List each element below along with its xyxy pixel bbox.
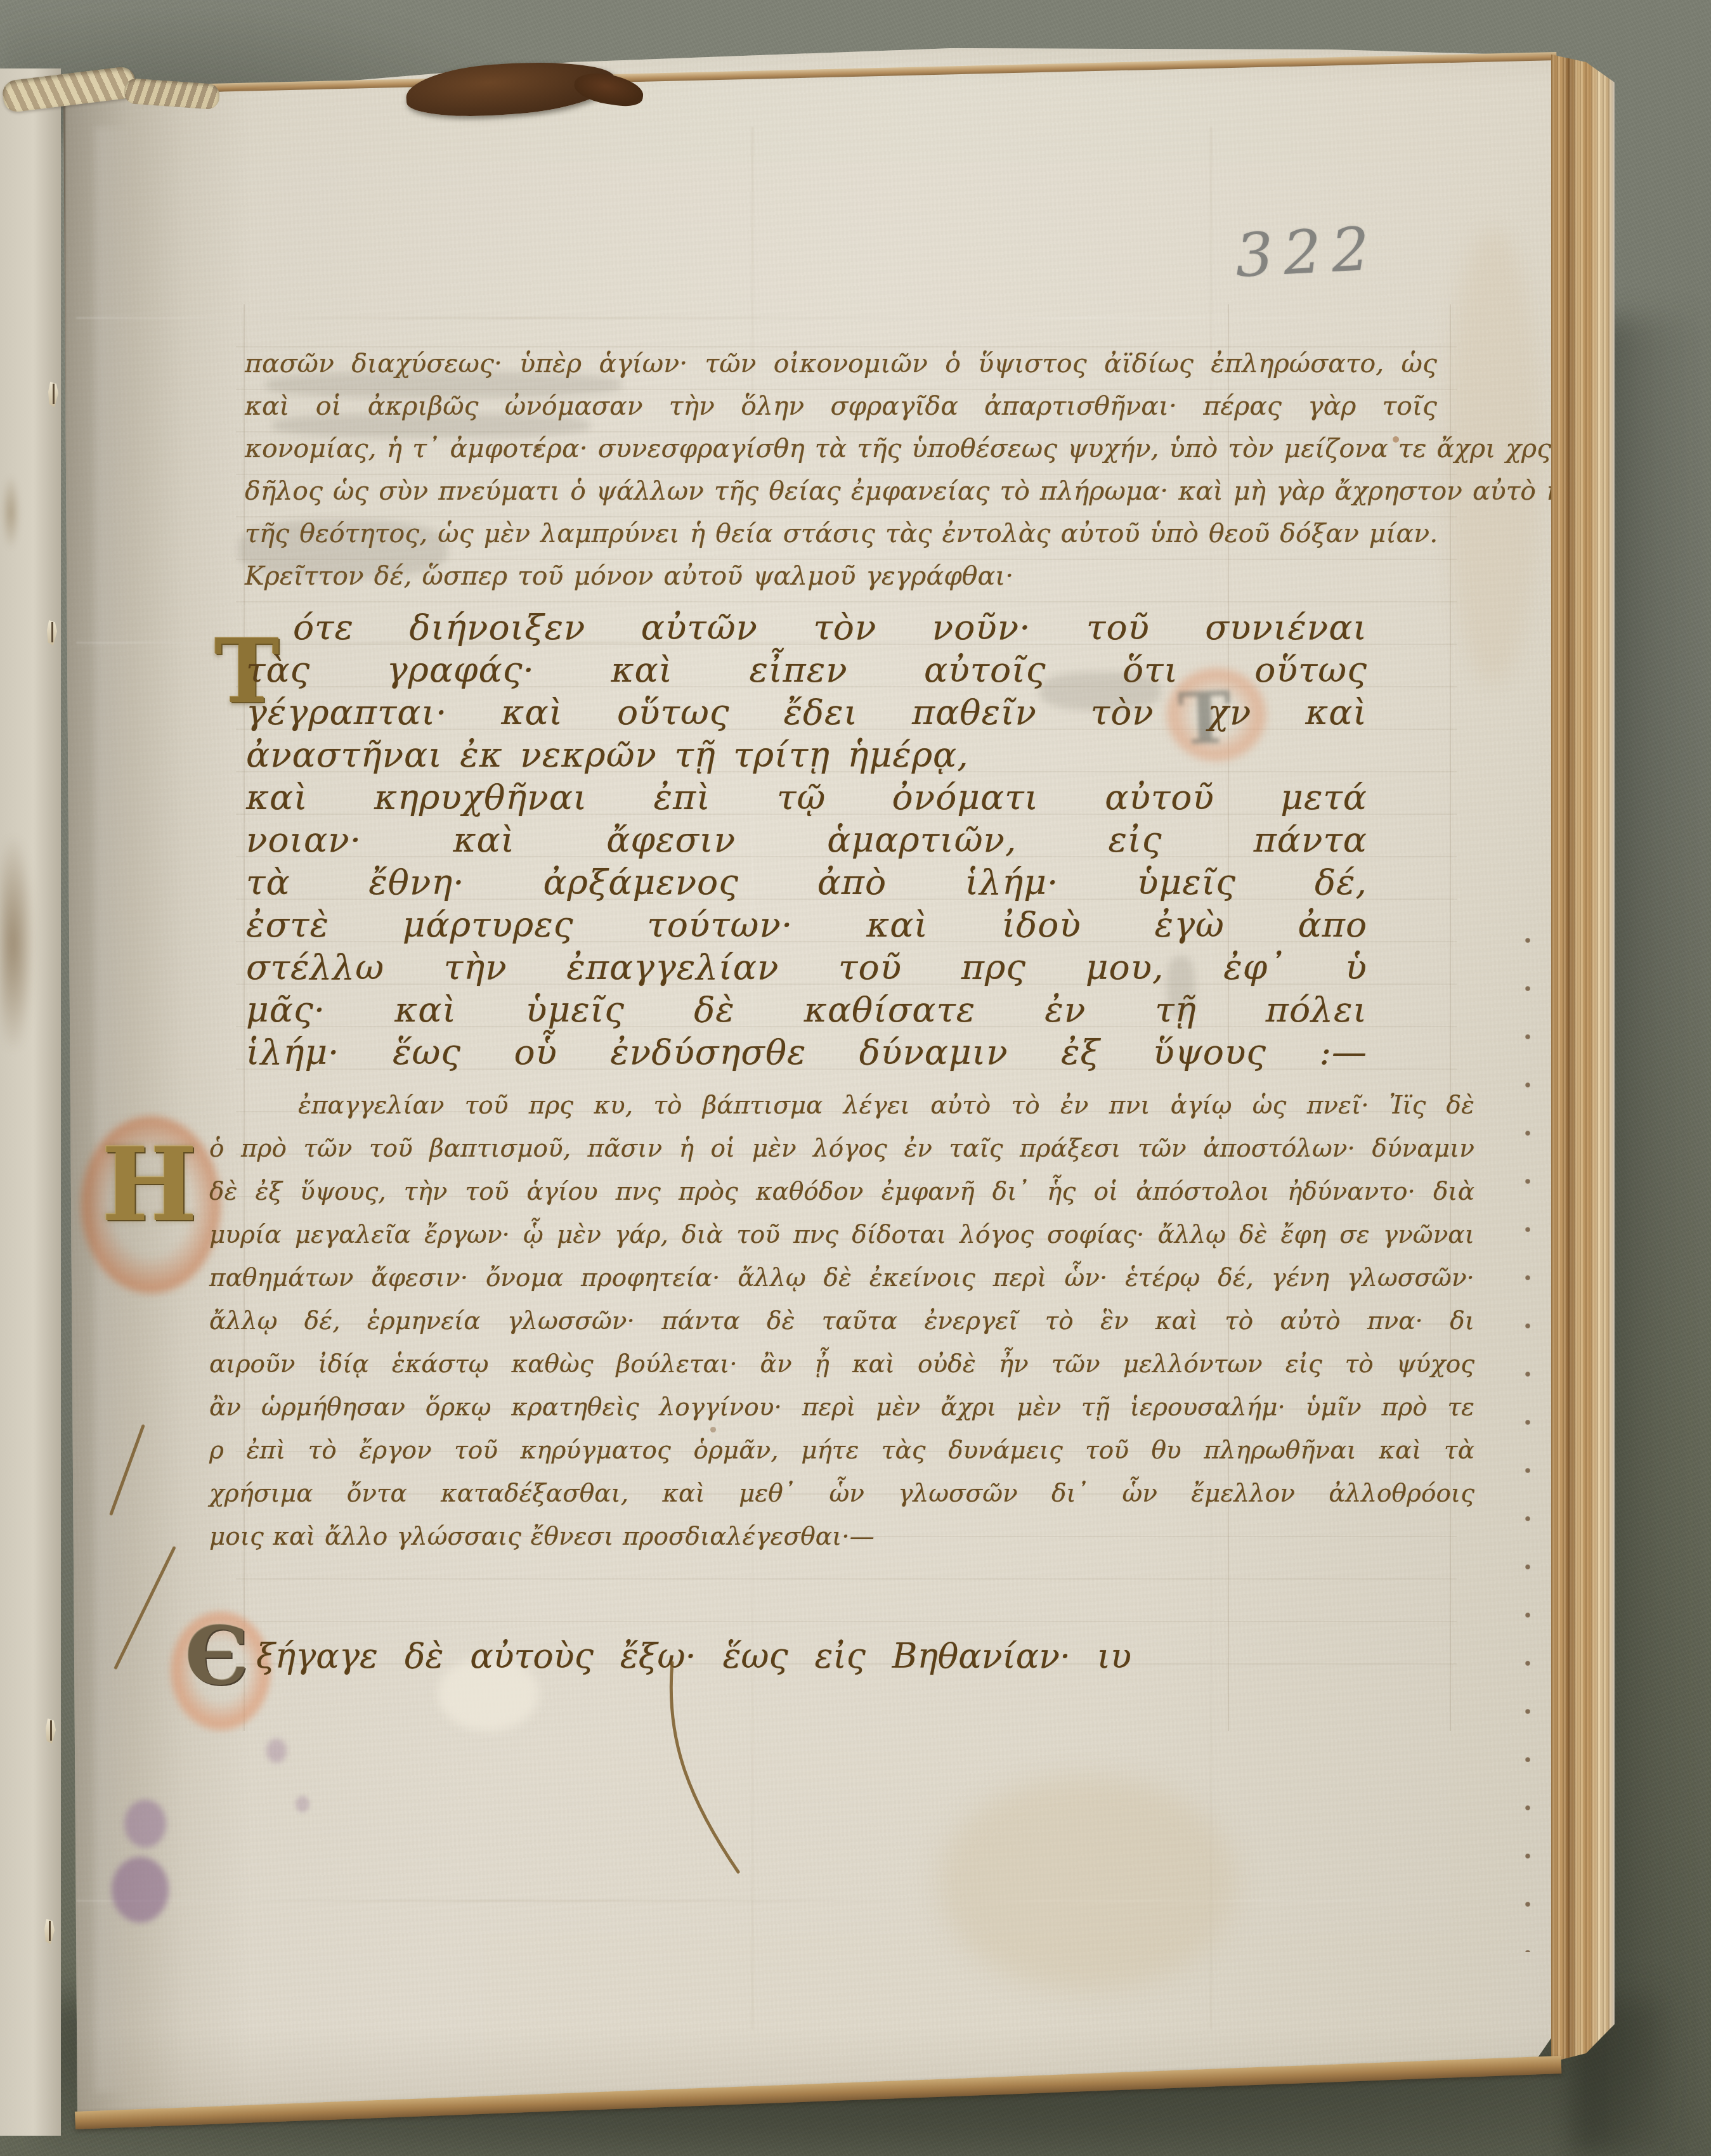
lemma-line: γέγραπται· καὶ οὕτως ἔδει παθεῖν τὸν χν … — [246, 691, 1367, 734]
commentary-line: παθημάτων ἄφεσιν· ὄνομα προφητεία· ἄλλῳ … — [209, 1257, 1474, 1300]
facing-page-edge — [0, 68, 61, 2136]
lemma-line: ἀναστῆναι ἐκ νεκρῶν τῇ τρίτῃ ἡμέρᾳ, — [246, 734, 1367, 776]
bleedthrough-smudge — [0, 839, 33, 1048]
commentary-line: καὶ οἱ ἀκριβῶς ὠνόμασαν τὴν ὅλην σφραγῖδ… — [245, 385, 1437, 427]
bleedthrough-mark — [1, 474, 20, 550]
closing-initial-epsilon: Є — [185, 1616, 249, 1696]
lemma-line: τὰς γραφάς· καὶ εἶπεν αὐτοῖς ὅτι οὕτως — [246, 649, 1367, 691]
commentary-line: χρήσιμα ὄντα καταδέξασθαι, καὶ μεθ᾿ ὧν γ… — [209, 1472, 1474, 1516]
lemma-line: ἱλήμ· ἕως οὗ ἐνδύσησθε δύναμιν ἐξ ὕψους … — [246, 1031, 1367, 1074]
commentary-line: αιροῦν ἰδίᾳ ἑκάστῳ καθὼς βούλεται· ἂν ᾖ … — [209, 1343, 1474, 1386]
commentary-line: ἂν ὡρμήθησαν ὅρκῳ κρατηθεὶς λογγίνου· πε… — [209, 1386, 1474, 1429]
commentary-line: δῆλος ὡς σὺν πνεύματι ὁ ψάλλων τῆς θείας… — [245, 470, 1437, 512]
fore-edge-leaf-lines — [1551, 55, 1615, 2062]
commentary-initial-eta: Η — [101, 1134, 197, 1235]
commentary-line: τῆς θεότητος, ὡς μὲν λαμπρύνει ἡ θεία στ… — [245, 512, 1437, 555]
purple-stain-small — [266, 1739, 287, 1763]
upper-commentary-block: πασῶν διαχύσεως· ὑπὲρ ἁγίων· τῶν οἰκονομ… — [245, 342, 1437, 597]
commentary-line: Κρεῖττον δέ, ὥσπερ τοῦ μόνον αὐτοῦ ψαλμο… — [245, 555, 1437, 597]
commentary-line: ρ ἐπὶ τὸ ἔργον τοῦ κηρύγματος ὁρμᾶν, μήτ… — [209, 1429, 1474, 1472]
lemma-line: μᾶς· καὶ ὑμεῖς δὲ καθίσατε ἐν τῇ πόλει — [246, 989, 1367, 1031]
folio-number: 322 — [1233, 214, 1381, 291]
lemma-line: νοιαν· καὶ ἄφεσιν ἁμαρτιῶν, εἰς πάντα — [246, 819, 1367, 861]
purple-stain — [124, 1800, 166, 1848]
commentary-line: ἄλλῳ δέ, ἑρμηνεία γλωσσῶν· πάντα δὲ ταῦτ… — [209, 1300, 1474, 1343]
lemma-line: στέλλω τὴν ἐπαγγελίαν τοῦ πρς μου, ἐφ᾿ ὑ — [246, 946, 1367, 989]
horizontal-crease — [76, 1900, 1535, 1902]
parchment-stain — [939, 1776, 1237, 1991]
purple-stain-small — [296, 1796, 309, 1812]
pricking-marks — [1525, 937, 1532, 1952]
commentary-line: ἐπαγγελίαν τοῦ πρς κυ, τὸ βάπτισμα λέγει… — [209, 1084, 1474, 1127]
commentary-line: δὲ ἐξ ὕψους, τὴν τοῦ ἁγίου πνς πρὸς καθό… — [209, 1171, 1474, 1214]
ink-flourish — [644, 1660, 771, 1888]
gospel-lemma-block: ότε διήνοιξεν αὐτῶν τὸν νοῦν· τοῦ συνιέν… — [246, 606, 1367, 1074]
lemma-line: ότε διήνοιξεν αὐτῶν τὸν νοῦν· τοῦ συνιέν… — [246, 606, 1367, 649]
purple-stain — [112, 1857, 169, 1923]
lemma-line: ἐστὲ μάρτυρες τούτων· καὶ ἰδοὺ ἐγὼ ἀπο — [246, 904, 1367, 946]
commentary-line: μυρία μεγαλεῖα ἔργων· ᾧ μὲν γάρ, διὰ τοῦ… — [209, 1214, 1474, 1257]
commentary-line: μοις καὶ ἄλλο γλώσσαις ἔθνεσι προσδιαλέγ… — [209, 1516, 1474, 1559]
horizontal-crease — [76, 317, 1535, 319]
commentary-line: πασῶν διαχύσεως· ὑπὲρ ἁγίων· τῶν οἰκονομ… — [245, 342, 1437, 385]
main-commentary-block: ἐπαγγελίαν τοῦ πρς κυ, τὸ βάπτισμα λέγει… — [209, 1084, 1474, 1559]
lemma-line: τὰ ἔθνη· ἀρξάμενος ἀπὸ ἱλήμ· ὑμεῖς δέ, — [246, 861, 1367, 904]
commentary-line: ὁ πρὸ τῶν τοῦ βαπτισμοῦ, πᾶσιν ἡ οἱ μὲν … — [209, 1127, 1474, 1171]
parchment-page: 322 Τ πασῶν διαχύσεως· ὑπὲρ ἁγίων· τῶν ο… — [0, 0, 1711, 2156]
commentary-line: κονομίας, ἡ τ᾿ ἀμφοτέρα· συνεσφραγίσθη τ… — [245, 427, 1437, 470]
lemma-line: καὶ κηρυχθῆναι ἐπὶ τῷ ὀνόματι αὐτοῦ μετά — [246, 776, 1367, 819]
fore-edge-page-stack — [1551, 55, 1615, 2062]
manuscript-photo: 322 Τ πασῶν διαχύσεως· ὑπὲρ ἁγίων· τῶν ο… — [0, 0, 1711, 2156]
